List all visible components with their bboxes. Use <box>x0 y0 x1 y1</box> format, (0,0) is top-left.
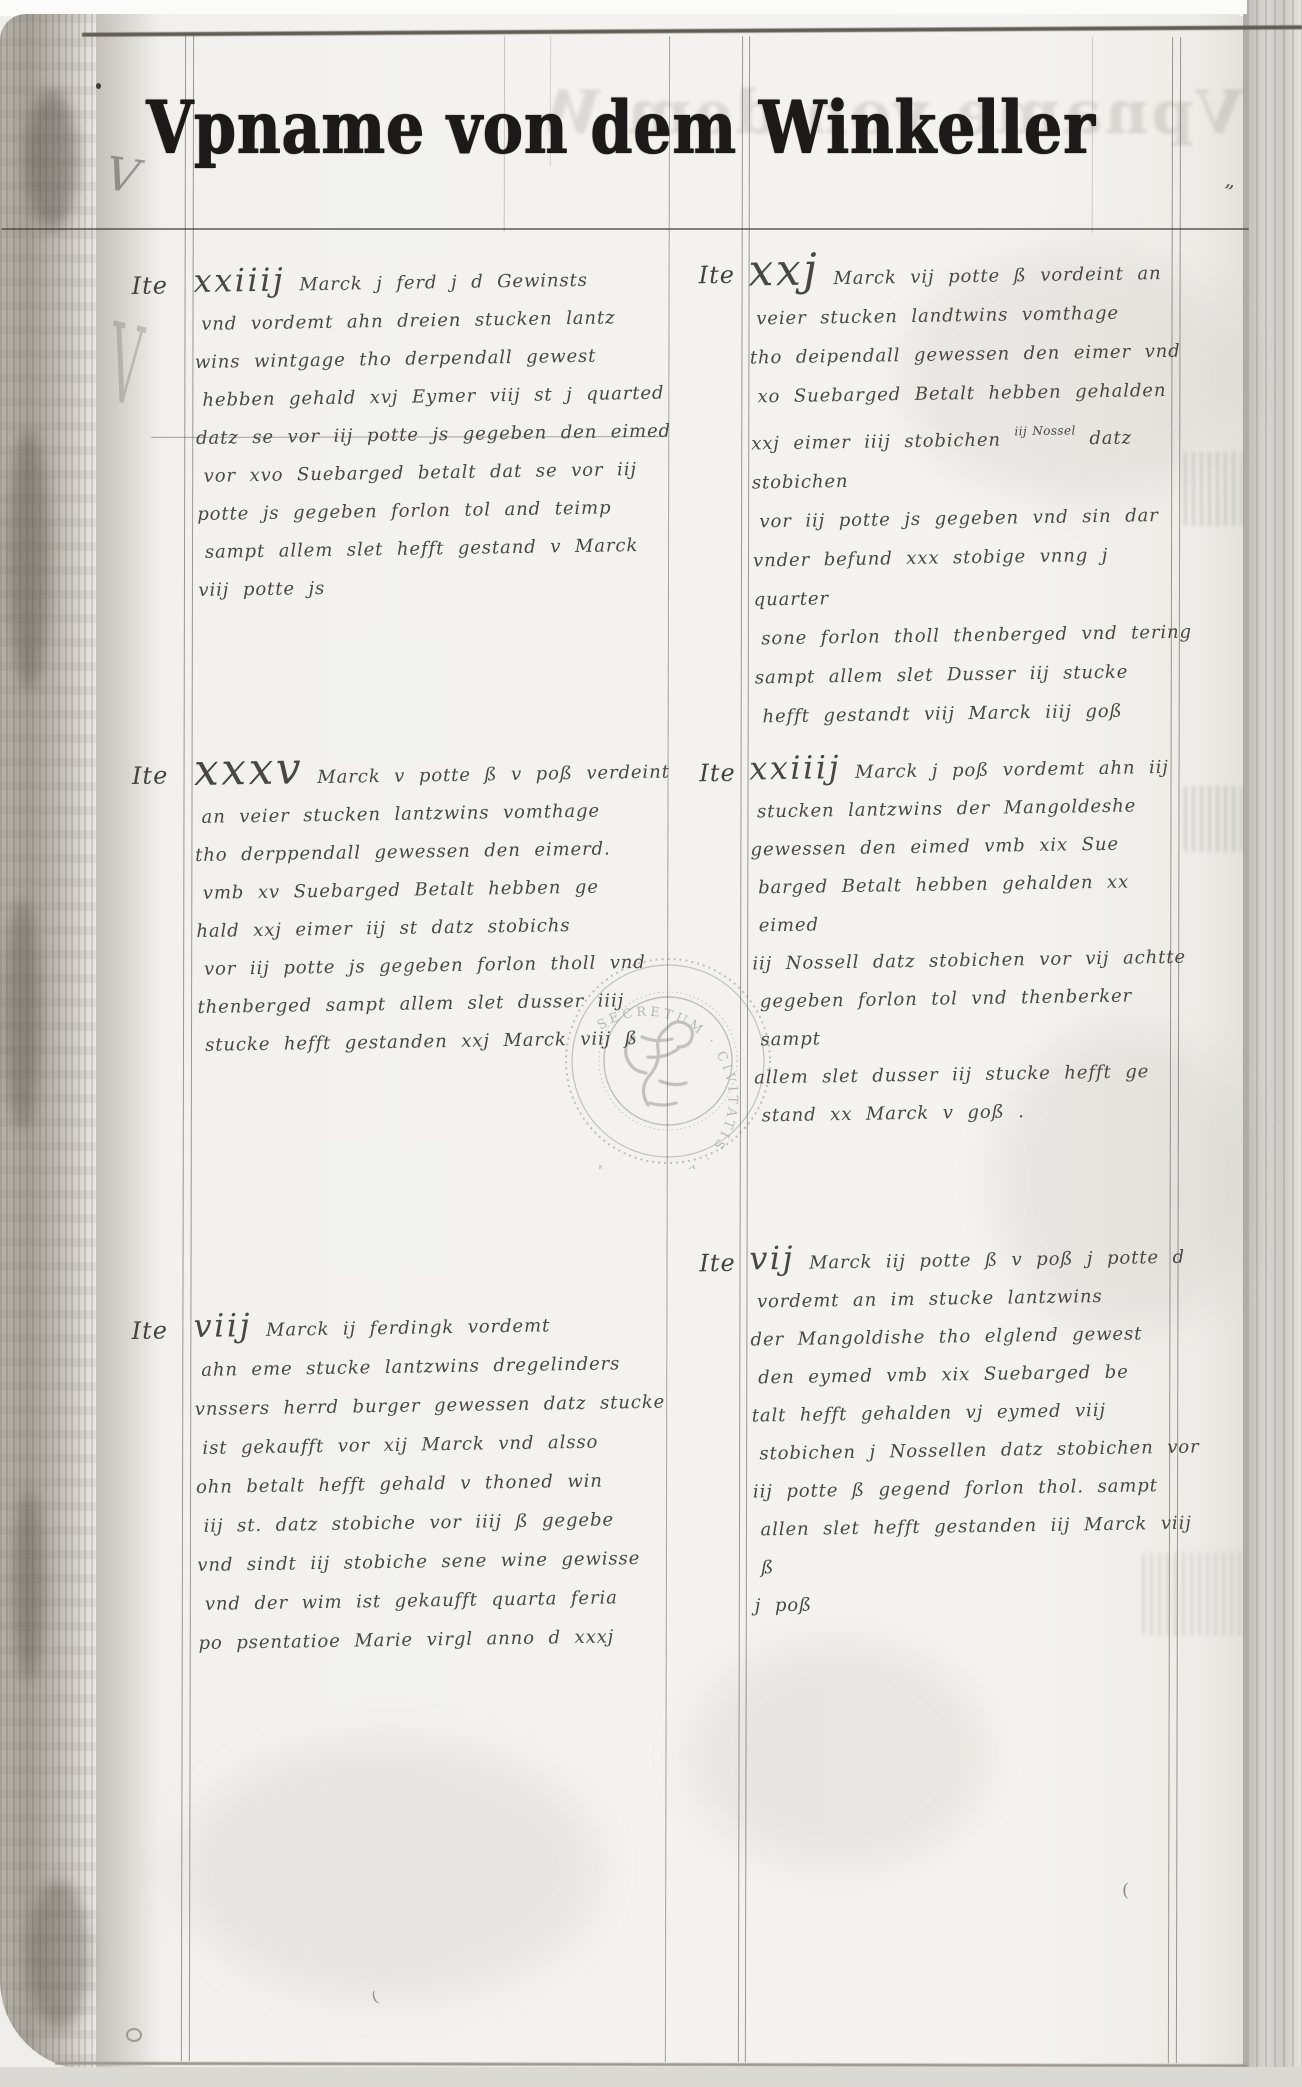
entry-line: stand xx Marck v goß . <box>754 1091 1197 1136</box>
entry-line: xxiiijMarck j ferd j d Gewinsts <box>193 254 699 306</box>
page-heading: Vpname von dem Winkeller <box>146 86 1095 171</box>
item-marker: Ite <box>699 754 736 793</box>
entry-amount: viij <box>193 1306 252 1345</box>
page-stack-edge <box>1247 0 1302 2087</box>
ledger-entry-5: Ite vijMarck iij potte ß v poß j potte d… <box>749 1233 1203 1626</box>
entry-line: xxjMarck vij potte ß vordeint an <box>748 245 1191 300</box>
entry-line: sone forlon tholl thenberged vnd tering <box>754 613 1197 659</box>
manuscript-scan: Vpname von dem Winkeller · SECRETUM · CI… <box>0 0 1302 2087</box>
entry-line: viij potte js <box>198 564 704 610</box>
entry-line: vnder befund xxx stobige vnng j quarter <box>753 535 1196 620</box>
binding-blotch <box>4 900 40 1130</box>
entry-line: vnd sindt iij stobiche sene wine gewisse <box>197 1538 703 1585</box>
entry-amount: vij <box>749 1239 795 1278</box>
entry-line: stucken lantzwins der Mangoldeshe <box>750 787 1193 832</box>
entry-line: xxxvMarck v potte ß v poß verdeint <box>194 744 700 799</box>
entry-line: sampt allem slet hefft gestand v Marck <box>198 526 704 572</box>
entry-line-text: xxj eimer iiij stobichen <box>751 430 1001 455</box>
entry-line: stucke hefft gestanden xxj Marck viij ß <box>198 1019 704 1065</box>
item-marker: Ite <box>131 266 168 305</box>
entry-line: allem slet dusser iij stucke hefft ge <box>754 1053 1197 1098</box>
ledger-entry-1: Ite xxiiijMarck j ferd j d Gewinsts vnd … <box>193 254 703 610</box>
ink-speck <box>96 83 101 89</box>
margin-check-mark: V <box>108 300 144 434</box>
entry-line: j poß <box>754 1580 1203 1625</box>
entry-amount: xxj <box>748 244 820 296</box>
entry-line: barged Betalt hebben gehalden xx eimed <box>751 863 1194 946</box>
stray-pen-mark: ( <box>1122 1880 1129 1901</box>
ledger-entry-6: Ite viijMarck ij ferdingk vordemt ahn em… <box>193 1299 704 1663</box>
superscript-correction: iij Nossel <box>1014 423 1075 438</box>
binding-blotch <box>14 1490 44 1680</box>
entry-amount: xxiiij <box>749 748 841 787</box>
entry-line: po psentatioe Marie virgl anno d xxxj <box>198 1616 704 1663</box>
entry-line: xxj eimer iiij stobichen iij Nossel datz… <box>751 410 1194 503</box>
entry-line: vor iij potte js gegeben forlon tholl vn… <box>197 943 703 989</box>
bleedthrough-marks <box>1184 786 1242 852</box>
ledger-entry-2: Ite xxjMarck vij potte ß vordeint an vei… <box>748 245 1198 737</box>
entry-line-text: Marck j poß vordemt ahn iij <box>855 757 1169 783</box>
entry-line: vor iij potte js gegeben vnd sin dar <box>752 496 1195 542</box>
binding-blotch <box>26 90 78 230</box>
ledger-entry-3: Ite xxxvMarck v potte ß v poß verdeint a… <box>194 744 704 1065</box>
binding-blotch <box>8 430 50 690</box>
entry-line: gegeben forlon tol vnd thenberker sampt <box>753 977 1196 1060</box>
binding-blotch <box>28 1880 90 2030</box>
scanner-bottom-strip <box>0 2067 1302 2087</box>
entry-line-text: Marck v potte ß v poß verdeint <box>317 762 670 789</box>
entry-line: viijMarck ij ferdingk vordemt <box>193 1299 699 1351</box>
entry-amount: xxxv <box>193 743 303 796</box>
page-right-edge <box>1243 14 1247 2070</box>
entry-line-text: Marck ij ferdingk vordemt <box>266 1315 550 1340</box>
entry-line: der Mangoldishe tho elglend gewest <box>750 1314 1199 1359</box>
item-marker: Ite <box>698 256 735 296</box>
ledger-entry-4: Ite xxiiijMarck j poß vordemt ahn iij st… <box>749 743 1197 1136</box>
paper-stain <box>180 1740 600 2000</box>
paper-stain <box>690 1640 990 1870</box>
entry-amount: xxiiij <box>193 261 285 300</box>
entry-line: vor xvo Suebarged betalt dat se vor iij <box>196 450 702 496</box>
entry-line: hefft gestandt viij Marck iiij goß <box>755 691 1198 737</box>
ink-smudge <box>126 2028 142 2042</box>
entry-line: allen slet hefft gestanden iij Marck vii… <box>753 1504 1202 1587</box>
item-marker: Ite <box>131 1311 168 1351</box>
entry-line: vijMarck iij potte ß v poß j potte d <box>749 1233 1198 1284</box>
item-marker: Ite <box>132 756 169 795</box>
entry-line: vnssers herrd burger gewessen datz stuck… <box>195 1382 701 1429</box>
entry-line: xxiiijMarck j poß vordemt ahn iij <box>749 743 1192 794</box>
entry-line-text: Marck vij potte ß vordeint an <box>833 263 1161 289</box>
item-marker: Ite <box>699 1244 736 1283</box>
entry-line-text: Marck iij potte ß v poß j potte d <box>809 1247 1185 1274</box>
entry-line-text: Marck j ferd j d Gewinsts <box>299 270 588 296</box>
